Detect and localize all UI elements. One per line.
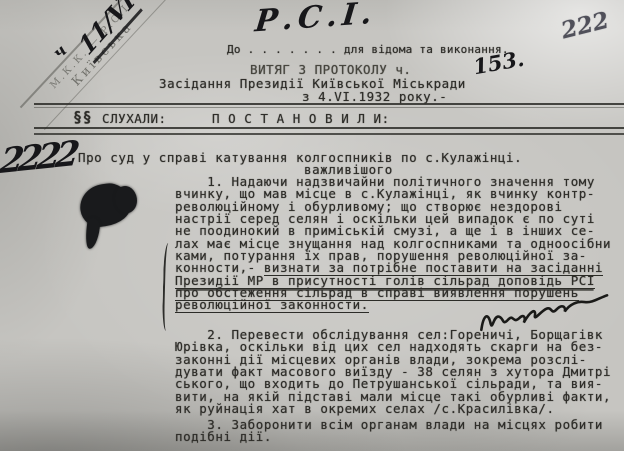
para3-line: подібні дії. — [175, 431, 603, 443]
ink-blot-drip — [84, 217, 101, 249]
horizontal-rule-double — [34, 127, 624, 135]
extract-title: ВИТЯГ З ПРОТОКОЛУ ч. — [250, 63, 412, 76]
horizontal-rule-top — [34, 103, 624, 108]
document-page: М.К.К. — Р.С.І. Київська 11/VI ч Р.С.І. … — [0, 0, 624, 451]
handwritten-rsi: Р.С.І. — [253, 0, 378, 39]
column-header-heard: СЛУХАЛИ: — [102, 112, 167, 125]
ink-blot — [115, 186, 137, 213]
column-header-resolved: П О С Т А Н О В И Л И: — [212, 112, 390, 125]
para2-line: як руйнація хат в окремих селах /с.Краси… — [175, 403, 611, 415]
margin-pen-line — [162, 243, 171, 331]
subject-line: Про суд у справі катування колгоспників … — [78, 151, 522, 164]
handwritten-page-number: 222 — [558, 7, 611, 45]
handwritten-margin-note: 2222 — [0, 134, 77, 183]
routing-to-line: До . . . . . . . для відома та виконання… — [227, 43, 509, 56]
resolution-paragraph-1: 1. Надаючи надзвичайни політичного значе… — [175, 176, 611, 312]
resolution-paragraph-2: 2. Перевести обслідування сел:Гореничі, … — [175, 329, 611, 415]
para1-underlined-text: революційної законности. — [175, 297, 369, 313]
session-date-line: з 4.VI.1932 року.- — [302, 90, 447, 103]
section-symbol: §§ — [73, 111, 92, 124]
resolution-paragraph-3: 3. Заборонити всім органам влади на місц… — [175, 419, 603, 444]
